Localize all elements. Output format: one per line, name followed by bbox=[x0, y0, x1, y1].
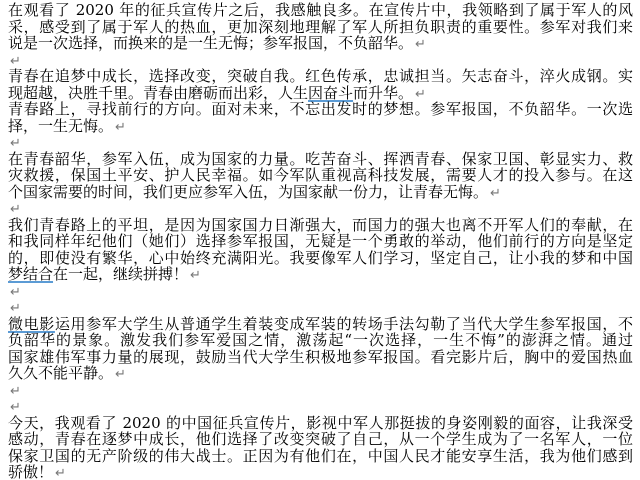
text-line[interactable]: 久久不能平静。↵ bbox=[8, 365, 633, 382]
text-run: 青春在追梦中成长，选择改变，突破自我。红色传承，忠诚担当。矢志奋斗，淬火成钢。实 bbox=[8, 67, 633, 85]
empty-line[interactable]: ↵ bbox=[8, 52, 633, 69]
text-run: 说是一次选择，而换来的是一生无悔；参军报国，不负韶华。 bbox=[8, 34, 413, 52]
text-line[interactable]: 现超越，决胜千里。青春由磨砺而出彩，人生因奋斗而升华。↵ bbox=[8, 85, 633, 102]
text-run: 和我同样年纪他们（她们）选择参军报国，无疑是一个勇敢的举动，他们前行的方向是坚定 bbox=[8, 232, 633, 250]
text-line[interactable]: 国家雄伟军事力量的展现，鼓励当代大学生积极地参军报国。看完影片后，胸中的爱国热血 bbox=[8, 349, 633, 366]
text-line[interactable]: 负韶华的景象。激发我们参军爱国之情，激荡起“一次选择，一生不悔”的澎湃之情。通过 bbox=[8, 332, 633, 349]
text-line[interactable]: 择，一生无悔。↵ bbox=[8, 118, 633, 135]
text-run: 个国家需要的时间，我们更应参军入伍，为国家献一份力，让青春无悔。 bbox=[8, 183, 488, 201]
text-line[interactable]: 骄傲！↵ bbox=[8, 464, 633, 480]
paragraph-mark-icon: ↵ bbox=[415, 37, 426, 52]
text-run: 而升华。 bbox=[353, 84, 413, 102]
grammar-underlined-text: 因奋斗 bbox=[308, 84, 353, 102]
text-line[interactable]: 感动，青春在逐梦中成长，他们选择了改变突破了自己，从一个学生成为了一名军人，一位 bbox=[8, 431, 633, 448]
text-run: 在观看了 2020 年的征兵宣传片之后，我感触良多。在宣传片中，我领略到了属于军… bbox=[8, 1, 633, 19]
text-line[interactable]: 我们青春路上的平坦，是因为国家国力日渐强大，而国力的强大也离不开军人们的奉献，在 bbox=[8, 217, 633, 234]
text-run: 骄傲！ bbox=[8, 463, 53, 480]
paragraph-mark-icon: ↵ bbox=[55, 466, 66, 480]
text-run: 国家雄伟军事力量的展现，鼓励当代大学生积极地参军报国。看完影片后，胸中的爱国热血 bbox=[8, 348, 633, 366]
text-line[interactable]: 灾救援，保国土平安、护人民幸福。如今军队重视高科技发展，需要人才的投入参与。在这 bbox=[8, 167, 633, 184]
text-run: 我们青春路上的平坦，是因为国家国力日渐强大，而国力的强大也离不开军人们的奉献，在 bbox=[8, 216, 633, 234]
text-line[interactable]: 个国家需要的时间，我们更应参军入伍，为国家献一份力，让青春无悔。↵ bbox=[8, 184, 633, 201]
text-run: 采，感受到了属于军人的热血，更加深刻地理解了军人所担负职责的重要性。参军对我们来 bbox=[8, 18, 633, 36]
text-line[interactable]: 微电影运用参军大学生从普通学生着装变成军装的转场手法勾勒了当代大学生参军报国，不 bbox=[8, 316, 633, 333]
empty-line[interactable]: ↵ bbox=[8, 398, 633, 415]
text-run: 久久不能平静。 bbox=[8, 364, 113, 382]
empty-line[interactable]: ↵ bbox=[8, 283, 633, 300]
text-run: 现超越，决胜千里。青春由磨砺而出彩，人生 bbox=[8, 84, 308, 102]
text-run: 在一起，继续拼搏！ bbox=[53, 265, 188, 283]
text-run: 运用参军大学生从普通学生着装变成军装的转场手法勾勒了当代大学生参军报国，不 bbox=[55, 315, 633, 333]
text-run: 负韶华的景象。激发我们参军爱国之情，激荡起“一次选择，一生不悔”的澎湃之情。通过 bbox=[8, 331, 633, 349]
text-line[interactable]: 青春路上，寻找前行的方向。面对未来，不忘出发时的梦想。参军报国，不负韶华。一次选 bbox=[8, 101, 633, 118]
text-run: 在青春韶华，参军入伍，成为国家的力量。吃苦奋斗、挥洒青春、保家卫国、彰显实力、救 bbox=[8, 150, 633, 168]
text-line[interactable]: 在青春韶华，参军入伍，成为国家的力量。吃苦奋斗、挥洒青春、保家卫国、彰显实力、救 bbox=[8, 151, 633, 168]
paragraph-mark-icon: ↵ bbox=[10, 285, 21, 300]
text-run: 今天，我观看了 2020 的中国征兵宣传片，影视中军人那挺拔的身姿刚毅的面容，让… bbox=[8, 414, 633, 432]
text-line[interactable]: 在观看了 2020 年的征兵宣传片之后，我感触良多。在宣传片中，我领略到了属于军… bbox=[8, 2, 633, 19]
text-line[interactable]: 说是一次选择，而换来的是一生无悔；参军报国，不负韶华。↵ bbox=[8, 35, 633, 52]
text-line[interactable]: 梦结合在一起，继续拼搏！↵ bbox=[8, 266, 633, 283]
text-run: 灾救援，保国土平安、护人民幸福。如今军队重视高科技发展，需要人才的投入参与。在这 bbox=[8, 166, 633, 184]
document-page[interactable]: 在观看了 2020 年的征兵宣传片之后，我感触良多。在宣传片中，我领略到了属于军… bbox=[0, 0, 640, 480]
text-run: 的，即使没有繁华，心中始终充满阳光。我要像军人们学习，坚定自己，让小我的梦和中国 bbox=[8, 249, 633, 267]
text-run: 感动，青春在逐梦中成长，他们选择了改变突破了自己，从一个学生成为了一名军人，一位 bbox=[8, 430, 633, 448]
text-line[interactable]: 保家卫国的无产阶级的伟大战士。正因为有他们在，中国人民才能安享生活，我为他们感到 bbox=[8, 448, 633, 465]
empty-line[interactable]: ↵ bbox=[8, 382, 633, 399]
text-line[interactable]: 和我同样年纪他们（她们）选择参军报国，无疑是一个勇敢的举动，他们前行的方向是坚定 bbox=[8, 233, 633, 250]
text-run: 择，一生无悔。 bbox=[8, 117, 113, 135]
paragraph-mark-icon: ↵ bbox=[115, 367, 126, 382]
grammar-underlined-text: 微电影 bbox=[8, 315, 55, 333]
text-run: 青春路上，寻找前行的方向。面对未来，不忘出发时的梦想。参军报国，不负韶华。一次选 bbox=[8, 100, 633, 118]
text-line[interactable]: 青春在追梦中成长，选择改变，突破自我。红色传承，忠诚担当。矢志奋斗，淬火成钢。实 bbox=[8, 68, 633, 85]
empty-line[interactable]: ↵ bbox=[8, 134, 633, 151]
paragraph-mark-icon: ↵ bbox=[115, 120, 126, 135]
text-line[interactable]: 采，感受到了属于军人的热血，更加深刻地理解了军人所担负职责的重要性。参军对我们来 bbox=[8, 19, 633, 36]
text-line[interactable]: 今天，我观看了 2020 的中国征兵宣传片，影视中军人那挺拔的身姿刚毅的面容，让… bbox=[8, 415, 633, 432]
paragraph-mark-icon: ↵ bbox=[10, 384, 21, 399]
paragraph-mark-icon: ↵ bbox=[490, 186, 501, 201]
empty-line[interactable]: ↵ bbox=[8, 299, 633, 316]
text-run: 保家卫国的无产阶级的伟大战士。正因为有他们在，中国人民才能安享生活，我为他们感到 bbox=[8, 447, 633, 465]
paragraph-mark-icon: ↵ bbox=[190, 268, 201, 283]
text-line[interactable]: 的，即使没有繁华，心中始终充满阳光。我要像军人们学习，坚定自己，让小我的梦和中国 bbox=[8, 250, 633, 267]
empty-line[interactable]: ↵ bbox=[8, 200, 633, 217]
grammar-underlined-text: 梦结合 bbox=[8, 265, 53, 283]
